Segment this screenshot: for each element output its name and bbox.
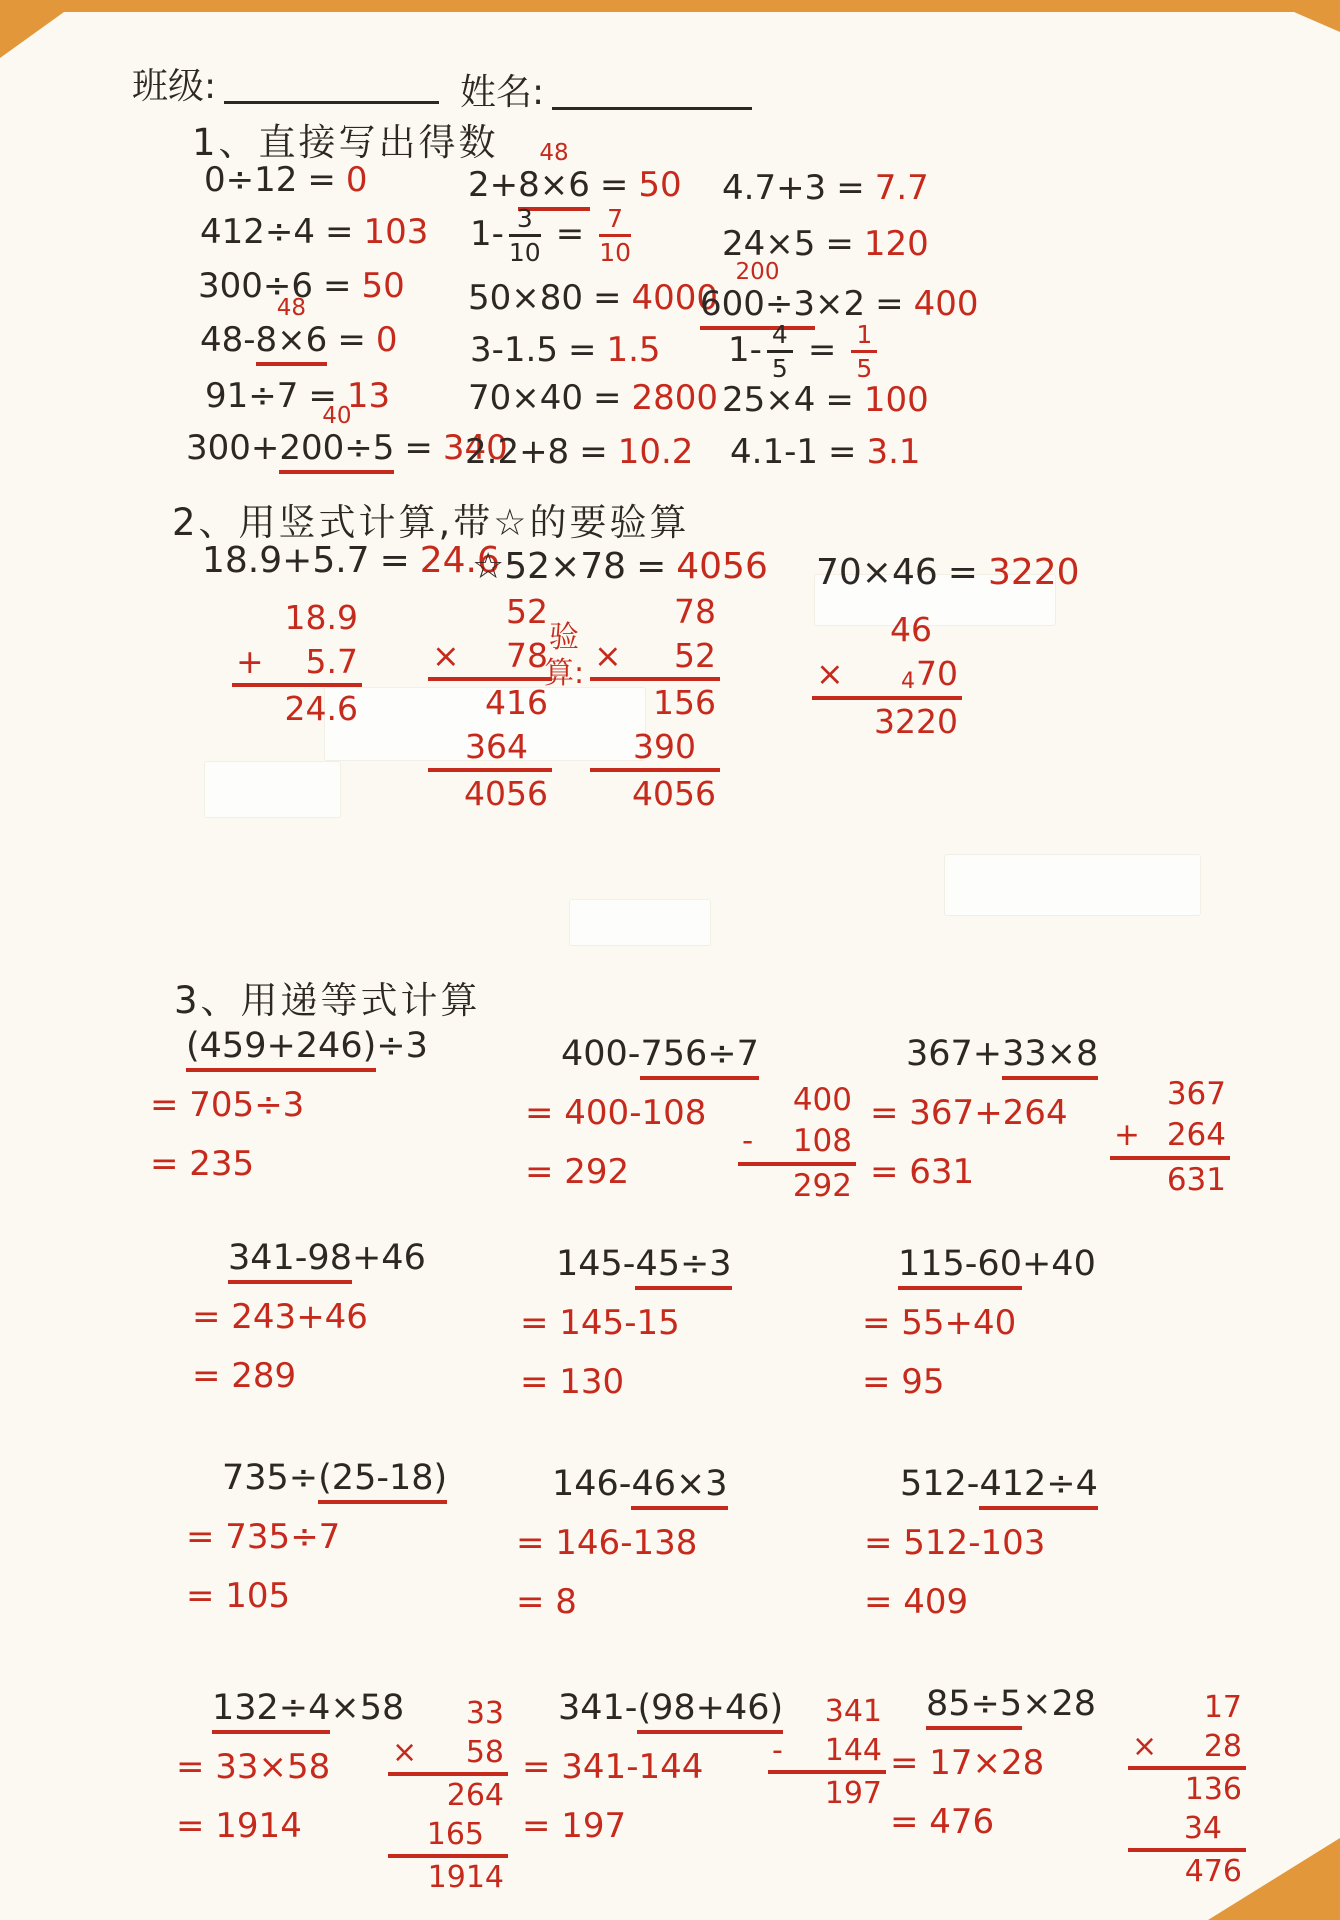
equals-sign: = [948,552,978,593]
quick-problem: 70×40=2800 [468,378,718,418]
answer-text: 0 [346,160,368,200]
answer-line: = 130 [520,1362,732,1402]
times-sign: × [392,1733,417,1772]
result: 24.6 [232,687,362,731]
expression-text: 300+ [186,428,279,468]
class-label: 班级: [132,66,216,107]
top-operand: 46 [812,608,962,652]
work-line: = 17×28 [890,1743,1096,1783]
expression-text: 2+ [468,165,518,205]
red-annotation: 40 [322,403,351,429]
bottom-operand: 5.7 [306,640,358,684]
underlined-part: 46×3 [631,1464,727,1510]
work-line: = 512-103 [864,1523,1098,1563]
equals-sign: = [593,278,622,318]
vertical-calc-check: 78 ×52 156 390 4056 [590,590,720,816]
work-line: = 400-108 [525,1093,759,1133]
quick-problem: 300+40200÷5=340 [186,428,508,468]
fraction-answer: 710 [599,206,631,265]
expression-text: 52×78 [504,546,626,587]
result: 292 [738,1166,856,1207]
answer-line: = 631 [870,1152,1098,1192]
answer-text: 2800 [632,378,719,418]
underlined-part: 45÷3 [635,1244,731,1290]
correction-tape [205,762,340,817]
expression-text: 70×46 [816,552,938,593]
fraction: 310 [509,206,541,265]
expression-text: ×2 [815,284,865,324]
expression-text: 412÷4 [200,212,315,252]
multistep-problem: 85÷5×28 = 17×28 = 476 [890,1684,1096,1842]
partial-product-2: 34 [1128,1809,1246,1852]
underlined-part: 412÷4 [979,1464,1097,1510]
equals-sign: = [825,224,854,264]
bottom-operand: 52 [674,634,716,678]
equals-sign: = [556,214,585,254]
vertical-problem-statement: 18.9+5.7=24.6 [202,540,500,581]
name-field: 姓名: [460,64,752,115]
answer-text: 400 [914,284,979,324]
result: 476 [1128,1852,1246,1891]
times-sign: × [432,634,460,678]
result: 4056 [590,772,720,816]
multistep-problem: 115-60+40 = 55+40 = 95 [862,1244,1096,1402]
underlined-part: 115-60 [898,1244,1022,1290]
answer-text: 103 [364,212,429,252]
partial-product-1: 156 [590,681,720,725]
quick-problem-fraction: 1-310=710 [470,206,636,265]
underlined-part: 8×6 [256,320,328,366]
correction-tape [570,900,710,945]
vertical-calc-multiplication: 46 ×470 3220 [812,608,962,743]
equals-sign: = [875,284,904,324]
quick-problem: 25×4=100 [722,380,929,420]
expression-text: 1- [470,214,504,254]
answer-text: 50 [638,165,681,205]
quick-problem: 200600÷3×2=400 [700,284,979,324]
bottom-operand: 70 [916,654,958,693]
work-line: = 145-15 [520,1303,732,1343]
partial-product-1: 264 [388,1776,508,1815]
expression-text: 48- [200,320,256,360]
section3-title: 3、用递等式计算 [174,970,481,1024]
expression-text: 1- [728,330,762,370]
quick-problem: 4.7+3=7.7 [722,168,929,208]
multistep-problem: (459+246)÷3 = 705÷3 = 235 [150,1026,428,1184]
quick-problem-fraction: 1-45=15 [728,322,882,381]
section1-title: 1、直接写出得数 [192,112,499,166]
answer-line: = 105 [186,1576,447,1616]
quick-problem: 24×5=120 [722,224,929,264]
multistep-problem: 146-46×3 = 146-138 = 8 [516,1464,728,1622]
work-line: = 705÷3 [150,1085,428,1125]
side-vertical-calc: 17 ×28 136 34 476 [1128,1688,1246,1891]
operator-row: ×78 [428,634,552,682]
answer-line: = 1914 [176,1806,404,1846]
expression-text: 0÷12 [204,160,297,200]
equals-sign: = [600,165,629,205]
quick-problem: 0÷12=0 [204,160,368,200]
work-line: = 243+46 [192,1297,426,1337]
equals-sign: = [828,432,857,472]
answer-line: = 95 [862,1362,1096,1402]
answer-line: = 235 [150,1144,428,1184]
multistep-problem: 735÷(25-18) = 735÷7 = 105 [186,1458,447,1616]
top-operand: 78 [590,590,720,634]
partial-product-2: 364 [428,725,552,773]
answer-text: 50 [362,266,405,306]
class-field: 班级: [132,58,439,109]
underlined-part: 200÷5 [279,428,394,474]
vertical-problem-statement: ☆52×78=4056 [472,546,768,587]
work-line: = 341-144 [522,1747,783,1787]
multistep-problem: 400-756÷7 = 400-108 = 292 [525,1034,759,1192]
top-operand: 18.9 [232,596,362,640]
times-sign: × [816,652,844,696]
answer-line: = 197 [522,1806,783,1846]
underlined-part: 85÷5 [926,1684,1022,1730]
work-line: = 33×58 [176,1747,404,1787]
underlined-part: 341-98 [228,1238,352,1284]
answer-text: 3.1 [866,432,920,472]
equals-sign: = [825,380,854,420]
expression-text: 91÷7 [205,376,298,416]
answer-text: 7.7 [875,168,929,208]
answer-line: = 8 [516,1582,728,1622]
partial-product-1: 136 [1128,1770,1246,1809]
work-line: = 735÷7 [186,1517,447,1557]
vertical-calc-addition: 18.9 +5.7 24.6 [232,596,362,731]
red-annotation: 48 [277,295,306,321]
expression-text: 4.1-1 [730,432,818,472]
answer-text: 1.5 [606,330,660,370]
equals-sign: = [579,432,608,472]
work-line: = 146-138 [516,1523,728,1563]
red-annotation: 48 [539,140,568,166]
equals-sign: = [836,168,865,208]
operator-row: ×470 [812,652,962,700]
multistep-problem: 512-412÷4 = 512-103 = 409 [864,1464,1098,1622]
answer-text: 120 [864,224,929,264]
answer-text: 0 [376,320,398,360]
expression-text: 3-1.5 [470,330,558,370]
quick-problem: 2.2+8=10.2 [465,432,693,472]
vertical-problem-statement: 70×46=3220 [816,552,1080,593]
underlined-part: 132÷4 [212,1688,330,1734]
underlined-part: (98+46) [637,1688,783,1734]
result: 3220 [812,700,962,744]
underlined-part: (459+246) [186,1026,376,1072]
quick-problem: 4.1-1=3.1 [730,432,921,472]
fraction-answer: 15 [851,322,877,381]
answer-text: 3220 [988,552,1080,593]
quick-problem: 412÷4=103 [200,212,428,252]
carry-note: 4 [901,669,915,694]
top-operand: 52 [428,590,552,634]
multistep-problem: 341-98+46 = 243+46 = 289 [192,1238,426,1396]
correction-tape [945,855,1200,915]
star-mark: ☆ [472,546,504,587]
answer-line: = 409 [864,1582,1098,1622]
name-label: 姓名: [460,72,544,113]
expression-text: 2.2+8 [465,432,569,472]
expression-text: 70×40 [468,378,583,418]
partial-product-1: 416 [428,681,552,725]
equals-sign: = [808,330,837,370]
answer-text: 13 [347,376,390,416]
answer-text: 10.2 [618,432,694,472]
worksheet-photo: 班级: 姓名: 1、直接写出得数 0÷12=0 412÷4=103 300÷6=… [0,0,1340,1920]
work-line: = 367+264 [870,1093,1098,1133]
section2-title: 2、用竖式计算,带☆的要验算 [172,492,689,546]
equals-sign: = [593,378,622,418]
result: 4056 [428,772,552,816]
bottom-operand: 78 [506,634,548,678]
answer-line: = 289 [192,1356,426,1396]
answer-text: 100 [864,380,929,420]
multistep-problem: 132÷4×58 = 33×58 = 1914 [176,1688,404,1846]
fraction: 45 [767,322,793,381]
minus-sign: - [742,1121,753,1162]
vertical-calc-multiplication: 52 ×78 416 364 4056 [428,590,552,816]
red-annotation: 200 [736,259,780,285]
side-vertical-calc: 367 +264 631 [1110,1074,1230,1201]
expression-text: 25×4 [722,380,815,420]
work-line: = 55+40 [862,1303,1096,1343]
result: 197 [768,1774,886,1813]
multistep-problem: 367+33×8 = 367+264 = 631 [870,1034,1098,1192]
equals-sign: = [323,266,352,306]
side-vertical-calc: 341 -144 197 [768,1692,886,1813]
equals-sign: = [325,212,354,252]
minus-sign: - [772,1731,783,1770]
quick-problem: 50×80=4000 [468,278,718,318]
side-vertical-calc: 400 -108 292 [738,1080,856,1207]
answer-text: 4056 [676,546,768,587]
answer-line: = 292 [525,1152,759,1192]
equals-sign: = [337,320,366,360]
quick-problem: 2+488×6=50 [468,165,682,205]
expression-text: 50×80 [468,278,583,318]
side-vertical-calc: 33 ×58 264 165 1914 [388,1694,508,1897]
quick-problem: 3-1.5=1.5 [470,330,661,370]
equals-sign: = [404,428,433,468]
equals-sign: = [636,546,666,587]
plus-sign: + [1114,1115,1140,1156]
quick-problem: 48-488×6=0 [200,320,397,360]
check-label: 验 算: [544,620,584,692]
quick-problem: 91÷7=13 [205,376,390,416]
expression-text: 4.7+3 [722,168,826,208]
equals-sign: = [380,540,410,581]
multistep-problem: 145-45÷3 = 145-15 = 130 [520,1244,732,1402]
equals-sign: = [307,160,336,200]
result: 631 [1110,1160,1230,1201]
operator-row: ×52 [590,634,720,682]
expression-text: 24×5 [722,224,815,264]
expression-text: 18.9+5.7 [202,540,370,581]
operator-row: +5.7 [232,640,362,688]
multistep-problem: 341-(98+46) = 341-144 = 197 [522,1688,783,1846]
plus-sign: + [236,640,264,684]
class-blank-line [224,64,439,104]
equals-sign: = [568,330,597,370]
underlined-part: 756÷7 [640,1034,758,1080]
underlined-part: (25-18) [318,1458,447,1504]
underlined-part: 33×8 [1002,1034,1098,1080]
answer-line: = 476 [890,1802,1096,1842]
times-sign: × [1132,1727,1157,1766]
partial-product-2: 165 [388,1815,508,1858]
result: 1914 [388,1858,508,1897]
partial-product-2: 390 [590,725,720,773]
name-blank-line [552,70,752,110]
times-sign: × [594,634,622,678]
